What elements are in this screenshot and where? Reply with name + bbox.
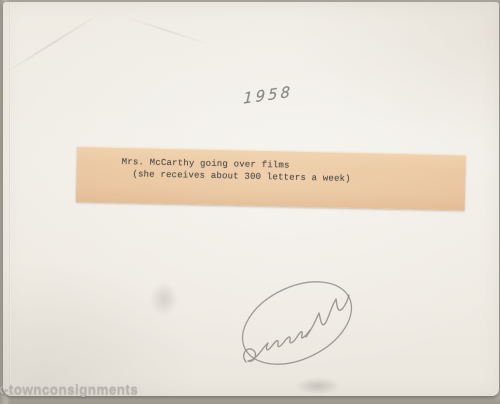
typed-caption: Mrs. McCarthy going over films (she rece… — [121, 156, 351, 185]
caption-strip: Mrs. McCarthy going over films (she rece… — [76, 146, 466, 210]
paper-crease — [125, 16, 211, 46]
paper-crease — [2, 10, 105, 75]
paper-crease — [9, 2, 12, 396]
watermark-text: k-townconsignments — [0, 382, 138, 397]
photo-back-scan: 1958 Mrs. McCarthy going over films (she… — [0, 0, 500, 404]
